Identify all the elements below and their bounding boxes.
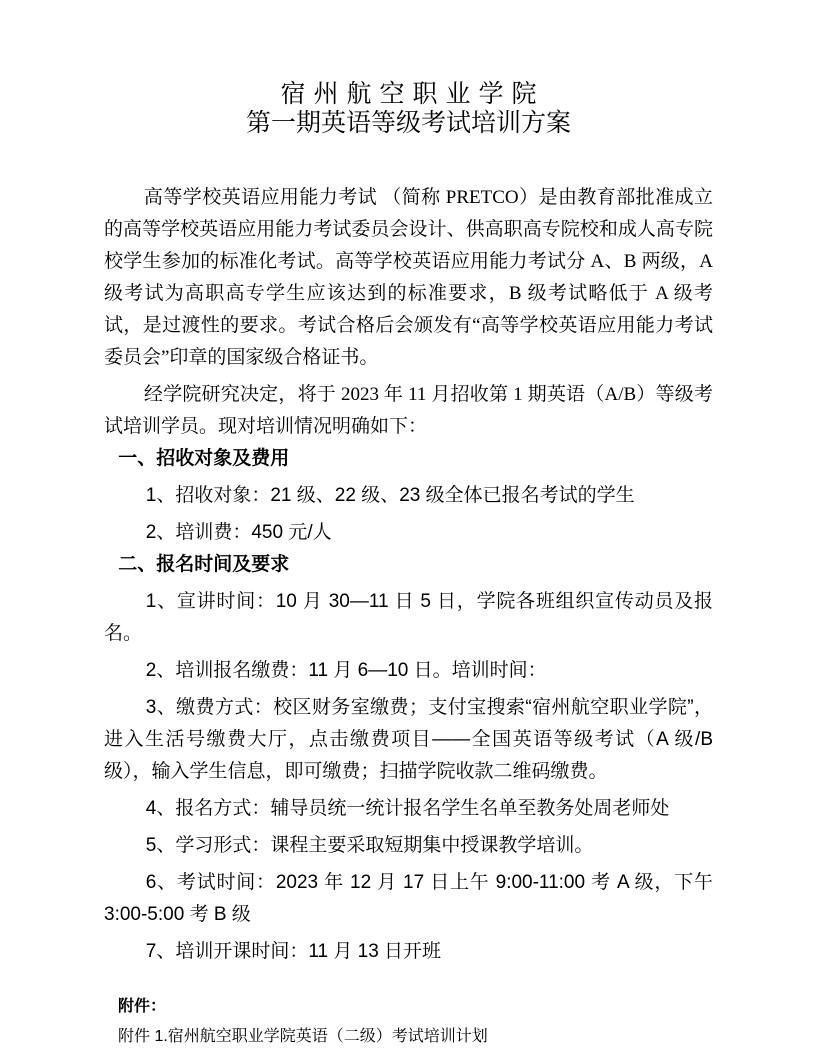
body-paragraph: 经学院研究决定，将于 2023 年 11 月招收第 1 期英语（A/B）等级考试… [104, 379, 713, 443]
section-heading: 二、报名时间及要求 [104, 549, 713, 581]
section-heading: 一、招收对象及费用 [104, 443, 713, 475]
list-item: 5、学习形式：课程主要采取短期集中授课教学培训。 [104, 830, 713, 862]
title-line-1: 宿州航空职业学院 [104, 80, 713, 109]
document-body: 高等学校英语应用能力考试 （简称 PRETCO）是由教育部批准成立的高等学校英语… [104, 182, 713, 1052]
document-page: 宿州航空职业学院 第一期英语等级考试培训方案 高等学校英语应用能力考试 （简称 … [0, 0, 816, 1056]
list-item: 2、培训报名缴费：11 月 6—10 日。培训时间： [104, 655, 713, 687]
document-title: 宿州航空职业学院 第一期英语等级考试培训方案 [104, 80, 713, 138]
title-line-2: 第一期英语等级考试培训方案 [104, 109, 713, 138]
body-paragraph: 高等学校英语应用能力考试 （简称 PRETCO）是由教育部批准成立的高等学校英语… [104, 182, 713, 374]
list-item: 3、缴费方式：校区财务室缴费；支付宝搜索“宿州航空职业学院”，进入生活号缴费大厅… [104, 692, 713, 788]
list-item: 4、报名方式：辅导员统一统计报名学生名单至教务处周老师处 [104, 793, 713, 825]
list-item: 2、培训费：450 元/人 [104, 517, 713, 549]
attachment-heading: 附件： [118, 992, 713, 1022]
attachment-item: 附件 1.宿州航空职业学院英语（二级）考试培训计划 [118, 1022, 713, 1052]
list-item: 7、培训开课时间：11 月 13 日开班 [104, 936, 713, 968]
list-item: 1、招收对象：21 级、22 级、23 级全体已报名考试的学生 [104, 480, 713, 512]
list-item: 1、宣讲时间：10 月 30—11 日 5 日，学院各班组织宣传动员及报名。 [104, 586, 713, 650]
list-item: 6、考试时间：2023 年 12 月 17 日上午 9:00-11:00 考 A… [104, 867, 713, 931]
